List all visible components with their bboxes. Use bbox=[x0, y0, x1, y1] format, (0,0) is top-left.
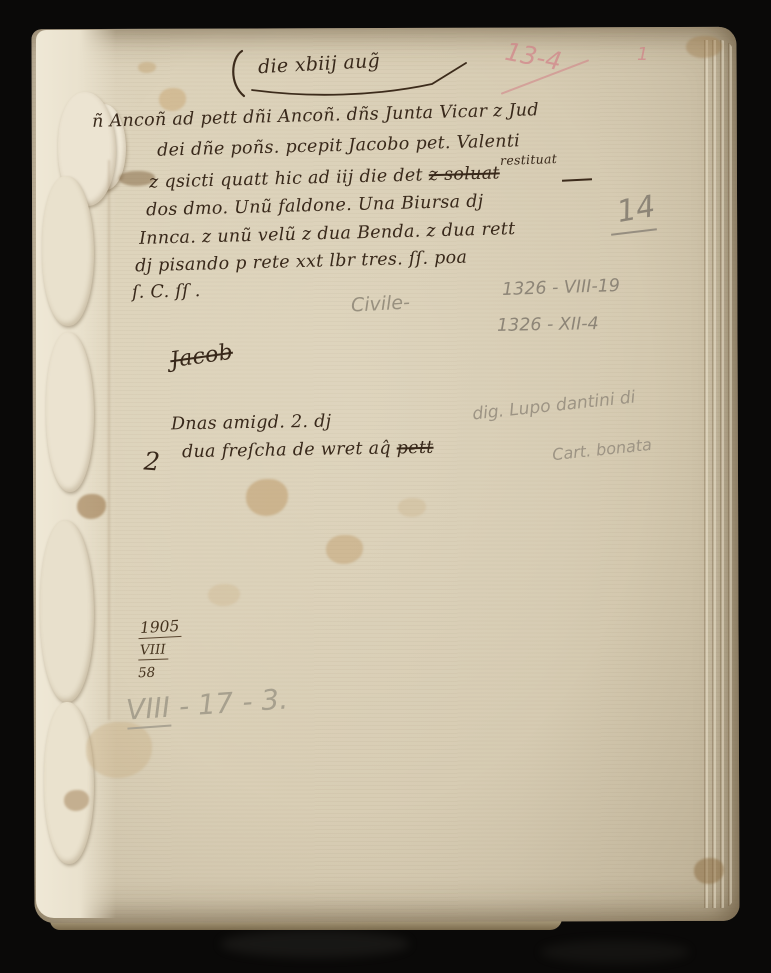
manuscript-photo: die xbiij aug̃ 13-4 1 ñ Ancoñ ad pett dñ… bbox=[0, 0, 771, 973]
entry-line-2-cancelled: pett bbox=[397, 438, 434, 459]
record-line-7: ſ. C. ſſ . bbox=[132, 281, 201, 303]
archive-stamp-year: 1905 bbox=[138, 617, 182, 639]
entry-line-2-text: dua freſcha de wret aq̂ bbox=[182, 438, 397, 462]
book-fore-edge bbox=[700, 40, 734, 908]
shadow-smudge bbox=[540, 940, 690, 964]
pencil-folio-number: 14 bbox=[614, 189, 658, 230]
pencil-shelfmark-roman: VIII bbox=[125, 691, 171, 730]
torn-paper-patch bbox=[46, 332, 94, 492]
entry-line-1: Dnas amigd. 2. dj bbox=[171, 412, 332, 435]
pencil-date-ref-1: 1326 - VIII-19 bbox=[502, 276, 621, 300]
margin-numeral: 2 bbox=[143, 446, 161, 476]
archive-stamp-number: 58 bbox=[138, 661, 156, 682]
torn-paper-patch bbox=[42, 176, 94, 326]
pencil-date-ref-2: 1326 - XII-4 bbox=[497, 314, 599, 336]
archive-stamp: 1905 VIII 58 bbox=[138, 618, 181, 681]
red-chalk-corner-mark: 1 bbox=[637, 44, 648, 65]
shadow-smudge bbox=[220, 930, 410, 958]
pencil-category: Civile- bbox=[350, 291, 410, 316]
torn-paper-patch bbox=[40, 520, 94, 702]
record-line-3-cancelled: z soluat bbox=[428, 163, 500, 185]
archive-stamp-series: VIII bbox=[138, 639, 168, 660]
manuscript-page bbox=[31, 27, 739, 923]
interlinear-correction: restituat bbox=[500, 151, 558, 168]
paper-crease bbox=[108, 160, 110, 720]
torn-paper-patch bbox=[44, 702, 94, 864]
